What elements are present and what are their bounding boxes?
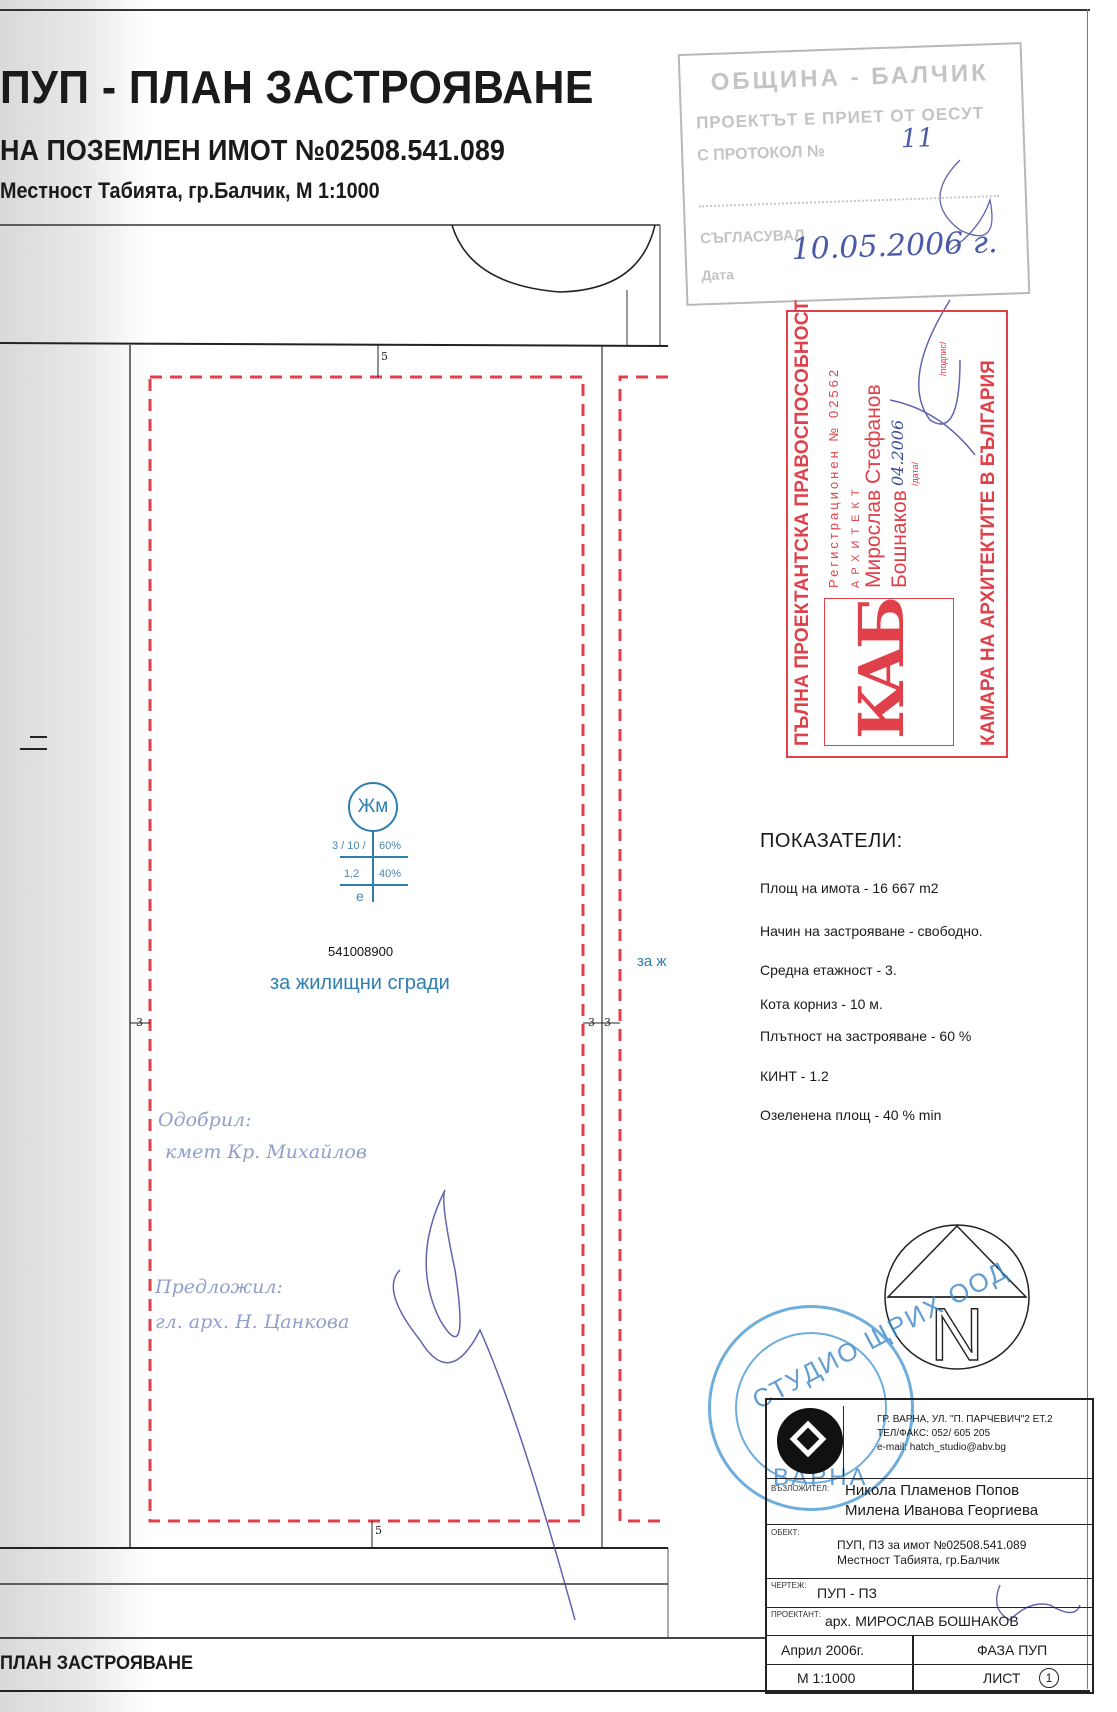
- studio-logo-icon: [773, 1406, 844, 1476]
- zone-code: Жм: [348, 782, 398, 832]
- object-line-2: Местност Табията, гр.Балчик: [837, 1553, 1000, 1567]
- setback-left-label: 3: [136, 1016, 143, 1029]
- neighbor-plot-use: за ж: [637, 953, 666, 970]
- plot-use: за жилищни сгради: [270, 972, 450, 995]
- studio-phone: ТЕЛ/ФАКС: 052/ 605 205: [877, 1428, 990, 1439]
- zone-green: 40%: [379, 868, 401, 880]
- setback-right-label-a: 3: [588, 1016, 595, 1029]
- indicator-density: Плътност на застрояване - 60 %: [760, 1028, 971, 1044]
- sheet-number: 1: [1039, 1668, 1059, 1688]
- client-name-1: Никола Пламенов Попов: [845, 1482, 1019, 1499]
- indicator-green-area: Озеленена площ - 40 % min: [760, 1107, 941, 1123]
- indicator-avg-floors: Средна етажност - 3.: [760, 962, 897, 978]
- studio-email: e-mail: hatch_studio@abv.bg: [877, 1442, 1006, 1453]
- indicator-plot-area: Площ на имота - 16 667 m2: [760, 880, 939, 896]
- architect-license-stamp: ПЪЛНА ПРОЕКТАНТСКА ПРАВОСПОСОБНОСТ КАБ Р…: [786, 310, 1008, 758]
- indicator-building-mode: Начин на застрояване - свободно.: [760, 923, 983, 939]
- setback-top-label: 5: [381, 350, 388, 363]
- protocol-number: 11: [900, 123, 934, 154]
- indicator-kint: КИНТ - 1.2: [760, 1068, 829, 1084]
- zone-floors-height: 3 / 10 /: [332, 840, 366, 852]
- drawing-code: ПУП - ПЗ: [817, 1585, 877, 1601]
- client-name-2: Милена Иванова Георгиева: [845, 1502, 1038, 1519]
- indicators-title: ПОКАЗАТЕЛИ:: [760, 830, 903, 853]
- handwritten-proposed-label: Предложил:: [155, 1275, 283, 1300]
- municipal-approval-stamp: ОБЩИНА - БАЛЧИК ПРОЕКТЪТ Е ПРИЕТ ОТ ОЕСУ…: [678, 42, 1031, 306]
- zone-density: 60%: [379, 840, 401, 852]
- handwritten-proposed-name: гл. арх. Н. Цанкова: [155, 1310, 349, 1335]
- plot-id: 541008900: [328, 944, 393, 959]
- issue-date: Април 2006г.: [781, 1642, 864, 1658]
- studio-address: ГР. ВАРНА, УЛ. "П. ПАРЧЕВИЧ"2 ЕТ.2: [877, 1414, 1053, 1425]
- handwritten-approved-label: Одобрил:: [158, 1108, 252, 1133]
- title-block: ГР. ВАРНА, УЛ. "П. ПАРЧЕВИЧ"2 ЕТ.2 ТЕЛ/Ф…: [765, 1398, 1094, 1694]
- object-line-1: ПУП, ПЗ за имот №02508.541.089: [837, 1538, 1026, 1552]
- chamber-logo: КАБ: [824, 598, 954, 746]
- drawing-scale: М 1:1000: [797, 1670, 855, 1686]
- setback-right-label-b: 3: [604, 1016, 611, 1029]
- zone-designation-symbol: Жм 3 / 10 / 60% 1,2 40% е: [332, 782, 432, 922]
- sheet-caption: ПЛАН ЗАСТРОЯВАНЕ: [0, 1653, 193, 1675]
- stamp-date: 10.05.2006 г.: [791, 225, 998, 267]
- zone-kint: 1,2: [344, 868, 359, 880]
- setback-bottom-label: 5: [375, 1524, 382, 1537]
- sheet-label: ЛИСТ: [983, 1670, 1020, 1686]
- project-phase: ФАЗА ПУП: [977, 1642, 1047, 1658]
- zone-mode: е: [356, 888, 364, 904]
- registration-number: 02562: [826, 367, 841, 418]
- designer-name: арх. МИРОСЛАВ БОШНАКОВ: [825, 1613, 1019, 1629]
- handwritten-approved-name: кмет Кр. Михайлов: [165, 1140, 367, 1165]
- indicator-cornice-height: Кота корниз - 10 м.: [760, 996, 883, 1012]
